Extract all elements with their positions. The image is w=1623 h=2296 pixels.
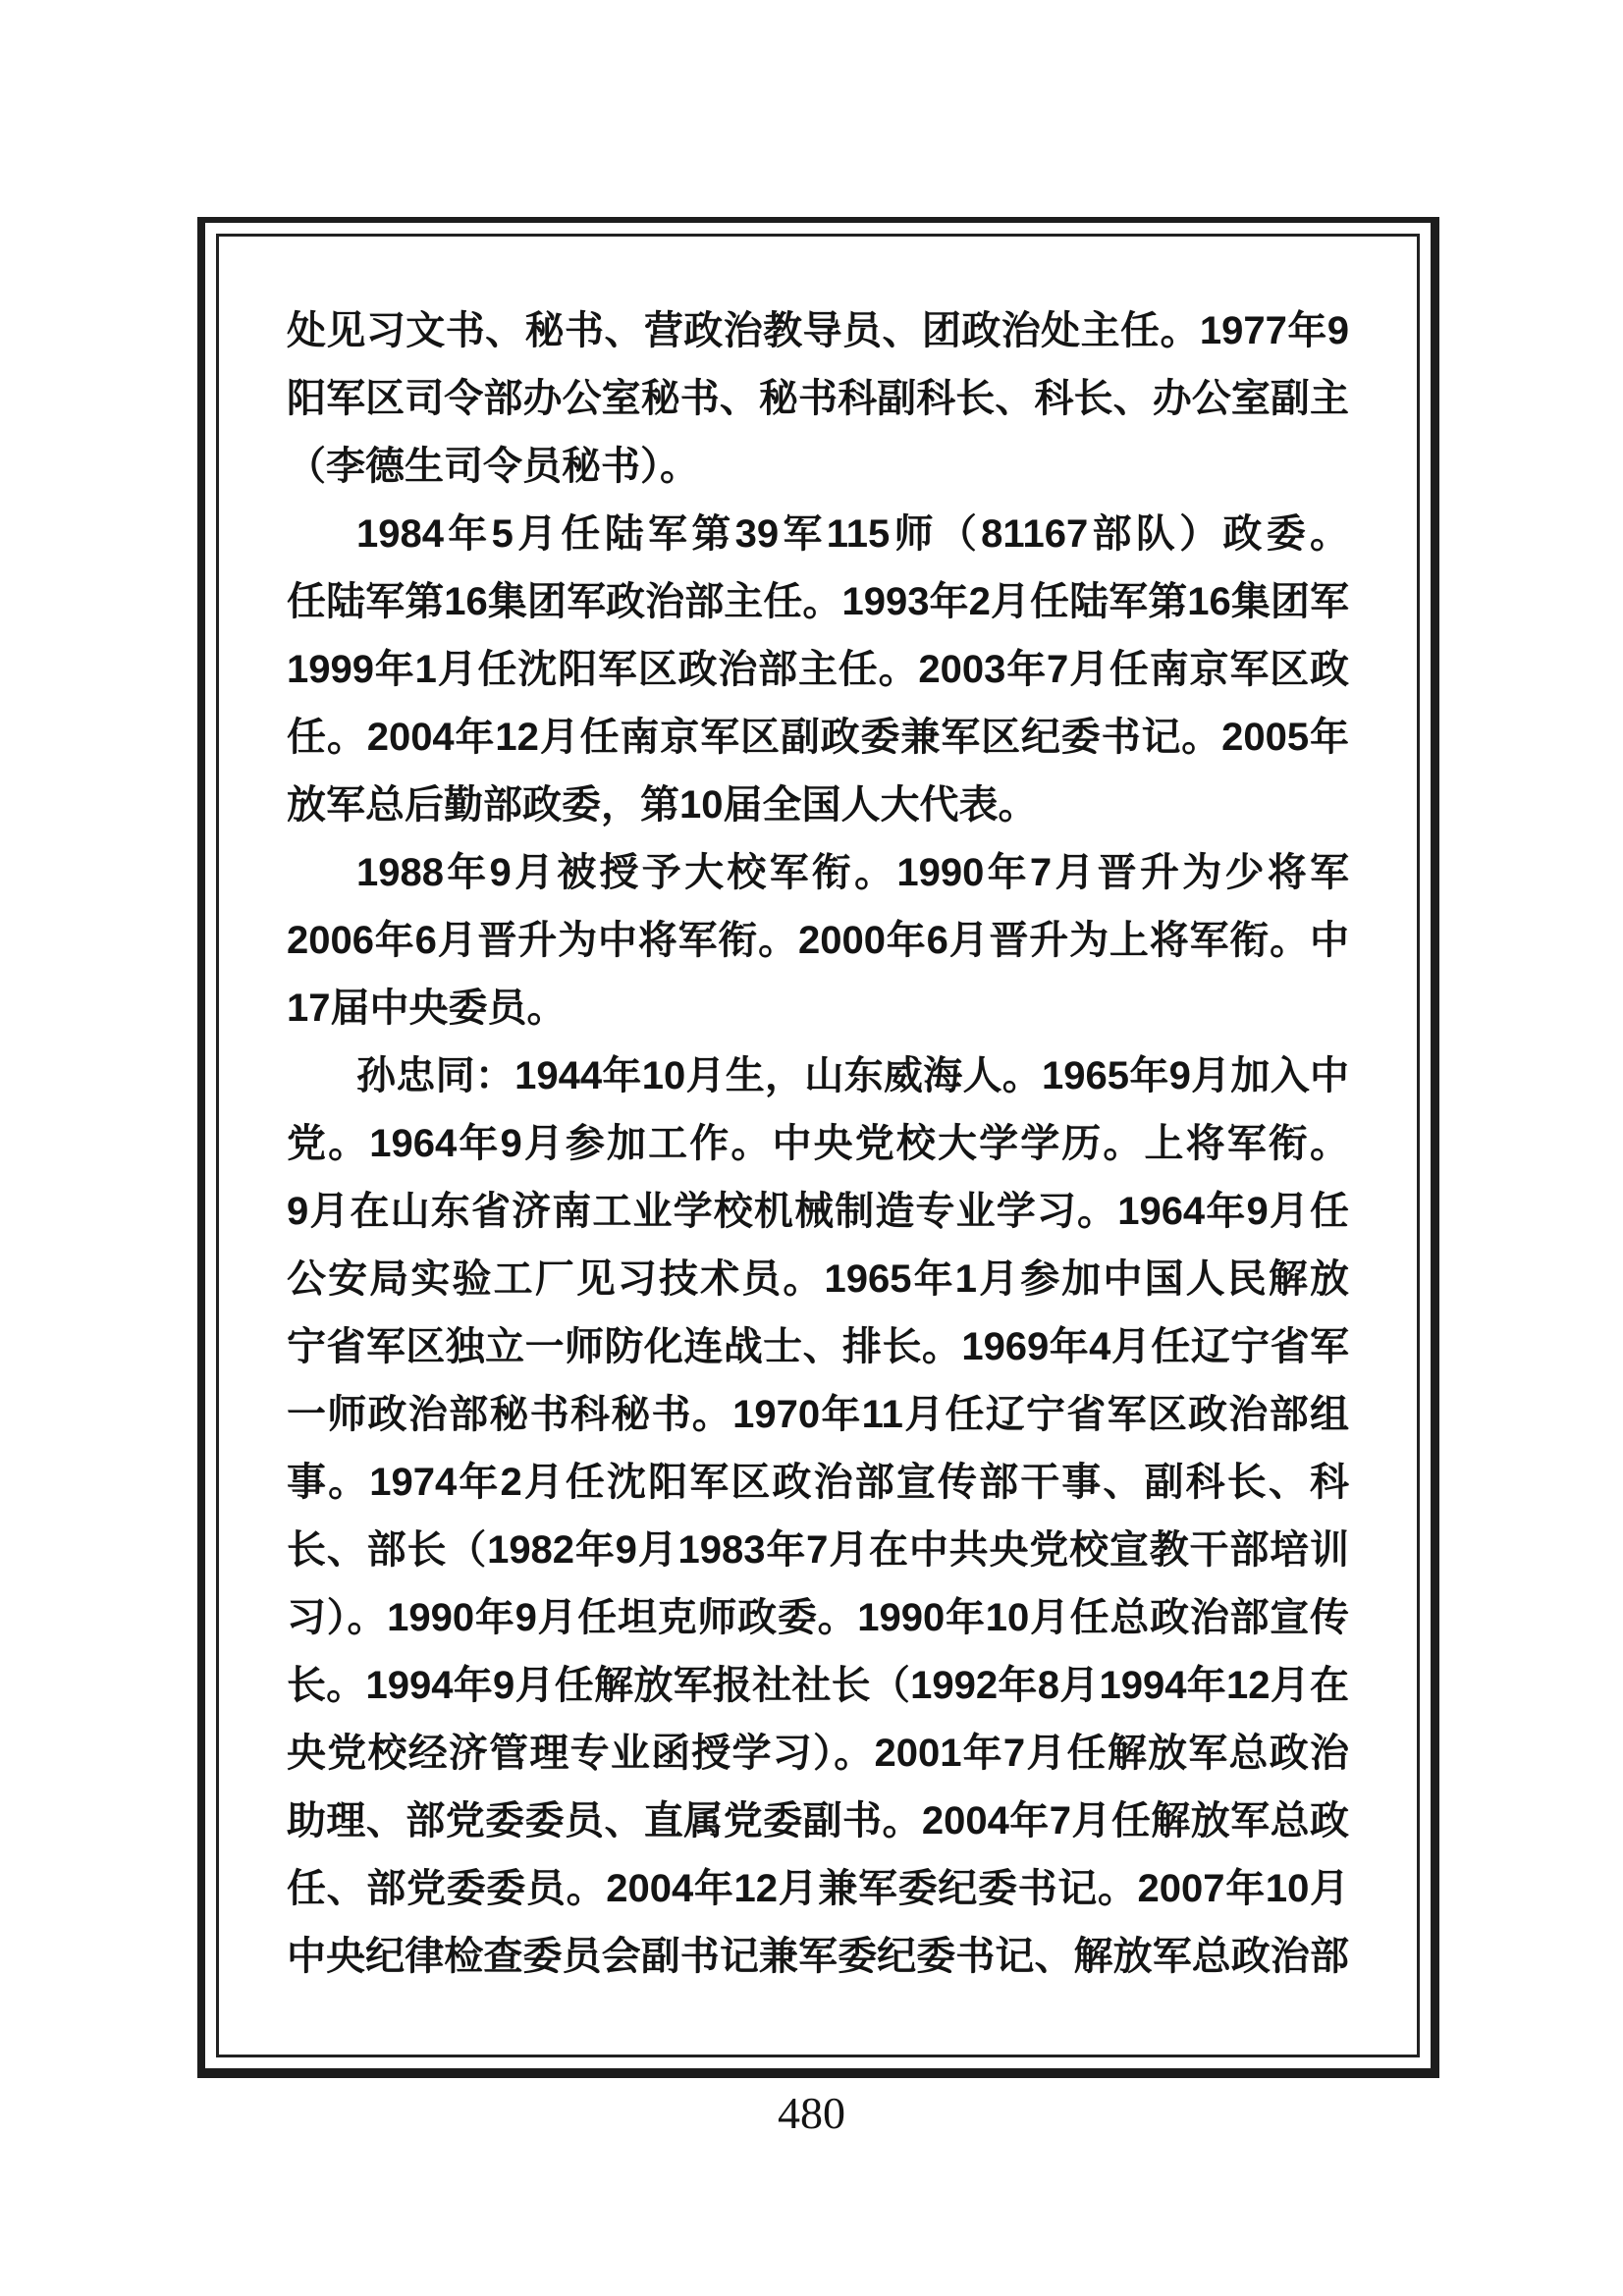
text-line: 孙忠同：1944年10月生，山东威海人。1965年9月加入中国共产 xyxy=(287,1042,1349,1110)
text-line: 1988年9月被授予大校军衔。1990年7月晋升为少将军衔。 xyxy=(287,839,1349,907)
text-line: 处见习文书、秘书、营政治教导员、团政治处主任。1977年9月任沈 xyxy=(287,297,1349,365)
page-border-inner: 处见习文书、秘书、营政治教导员、团政治处主任。1977年9月任沈 阳军区司令部办… xyxy=(216,234,1420,2057)
text-line: （李德生司令员秘书）。 xyxy=(287,433,1349,501)
text-line: 中央纪律检查委员会副书记兼军委纪委书记、解放军总政治部副主 xyxy=(287,1923,1349,1991)
text-line: 长、部长（1982年9月1983年7月在中共央党校宣教干部培训班学 xyxy=(287,1517,1349,1584)
text-line: 任陆军第16集团军政治部主任。1993年2月任陆军第16集团军政委。 xyxy=(287,568,1349,636)
text-line: 长。1994年9月任解放军报社社长（1992年8月1994年12月在中共中 xyxy=(287,1652,1349,1720)
page-number: 480 xyxy=(0,2087,1623,2139)
text-line: 2006年6月晋升为中将军衔。2000年6月晋升为上将军衔。中共第 xyxy=(287,907,1349,975)
text-line: 一师政治部秘书科秘书。1970年11月任辽宁省军区政治部组织处干 xyxy=(287,1381,1349,1449)
biography-text: 处见习文书、秘书、营政治教导员、团政治处主任。1977年9月任沈 阳军区司令部办… xyxy=(219,237,1417,1991)
text-line: 公安局实验工厂见习技术员。1965年1月参加中国人民解放军，为辽 xyxy=(287,1246,1349,1313)
text-line: 阳军区司令部办公室秘书、秘书科副科长、科长、办公室副主任 xyxy=(287,365,1349,433)
text-line: 党。1964年9月参加工作。中央党校大学学历。上将军衔。1960年 xyxy=(287,1110,1349,1178)
text-line: 9月在山东省济南工业学校机械制造专业学习。1964年9月任哈尔滨 xyxy=(287,1178,1349,1246)
book-page: 处见习文书、秘书、营政治教导员、团政治处主任。1977年9月任沈 阳军区司令部办… xyxy=(0,0,1623,2296)
text-line: 任。2004年12月任南京军区副政委兼军区纪委书记。2005年7月任解 xyxy=(287,704,1349,772)
text-line: 宁省军区独立一师防化连战士、排长。1969年4月任辽宁省军区独立 xyxy=(287,1313,1349,1381)
text-line: 1999年1月任沈阳军区政治部主任。2003年7月任南京军区政治部主 xyxy=(287,636,1349,704)
text-line: 17届中央委员。 xyxy=(287,975,1349,1042)
text-line: 1984年5月任陆军第39军115师（81167部队）政委。1990年6月 xyxy=(287,501,1349,568)
page-border-outer: 处见习文书、秘书、营政治教导员、团政治处主任。1977年9月任沈 阳军区司令部办… xyxy=(197,217,1439,2078)
text-line: 事。1974年2月任沈阳军区政治部宣传部干事、副科长、科长、副部 xyxy=(287,1449,1349,1517)
text-line: 习）。1990年9月任坦克师政委。1990年10月任总政治部宣传部副部 xyxy=(287,1584,1349,1652)
text-line: 助理、部党委委员、直属党委副书。2004年7月任解放军总政治副主 xyxy=(287,1788,1349,1855)
text-line: 央党校经济管理专业函授学习）。2001年7月任解放军总政治部主任 xyxy=(287,1720,1349,1788)
text-line: 放军总后勤部政委，第10届全国人大代表。 xyxy=(287,772,1349,839)
text-line: 任、部党委委员。2004年12月兼军委纪委书记。2007年10月任中共 xyxy=(287,1855,1349,1923)
